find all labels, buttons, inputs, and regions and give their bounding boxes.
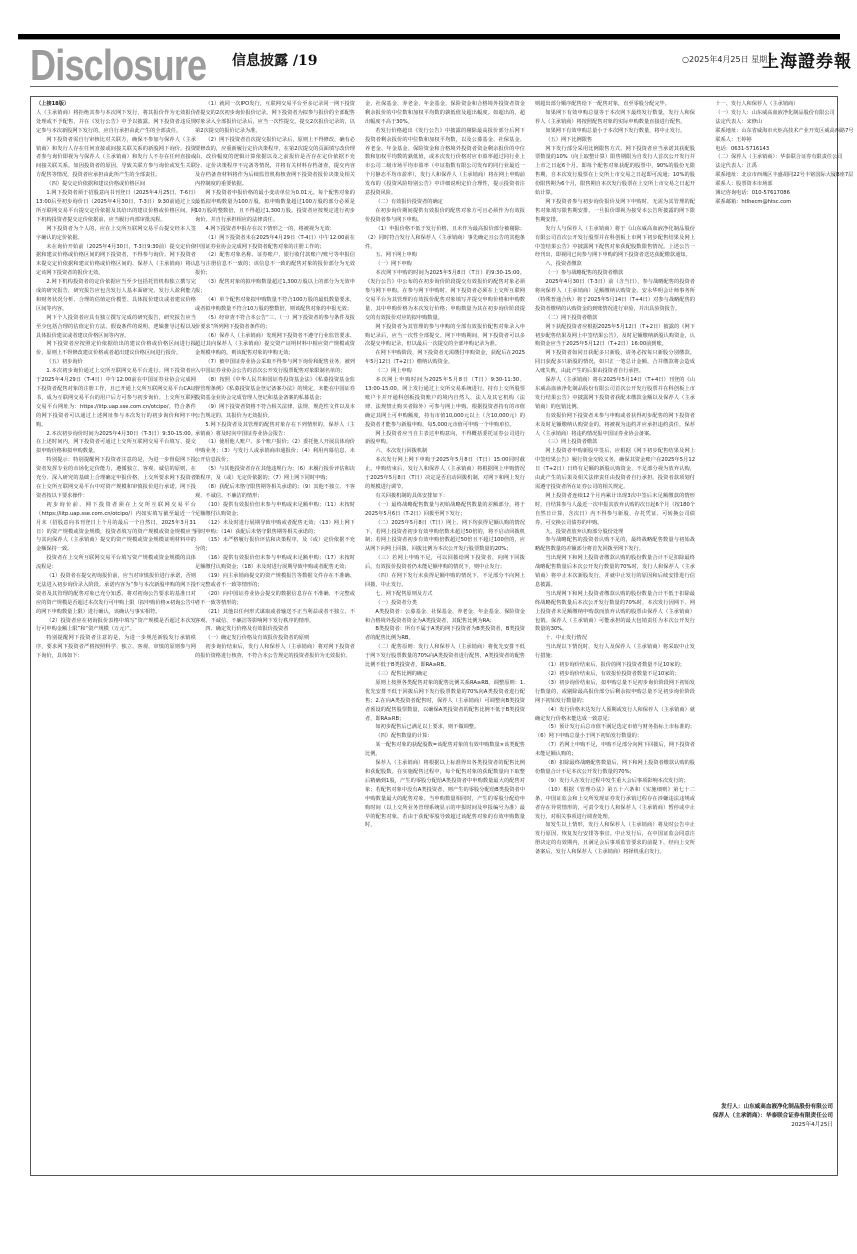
paragraph: 当出现网下和网上投资者缴款认购的股份数量合计不低于扣除最终战略配售数量后本次公开… bbox=[535, 590, 695, 635]
paragraph: （一）最终战略配售数量与初始战略配售数量的差额部分，将于2025年5月6日（T-… bbox=[365, 501, 525, 519]
paragraph: 初步询价结束后，发行人和保荐人（主承销商）将对网下投资者的报价资格进行核查，不符… bbox=[195, 643, 355, 661]
paragraph: （二）有效报价投资者的确定 bbox=[365, 198, 525, 207]
paragraph: （4）发行价格未达发行人预期或发行人和保荐人（主承销商）就确定发行价格未能达成一… bbox=[535, 706, 695, 724]
paragraph: 网下投资者如同日获配多只新股，请务必按每只新股分别缴款。同日获配多只新股的情况，… bbox=[535, 349, 695, 376]
paragraph: （五）初步询价 bbox=[36, 358, 196, 367]
paragraph: 网下投资者应按照定价依据给出的建议价格或价格区间进行报价，原则上不得修改建议价格… bbox=[36, 340, 196, 358]
paragraph: 当出现网下和网上投资者缴款认购的股份数量合计不足扣除最终战略配售数量后本次公开发… bbox=[535, 554, 695, 590]
paragraph: 十一、发行人和保荐人（主承销商） bbox=[705, 100, 857, 109]
paragraph: （四）提交定价依据和建议价格或价格区间 bbox=[36, 180, 196, 189]
paragraph: 1.本次初步询价通过上交所互联网交易平台进行。网下投资者应于2025年4月29日… bbox=[36, 367, 196, 429]
paragraph: （7）若网上申购不足，申购不足部分向网下回拨后，网下投资者未能足额认购的； bbox=[535, 741, 695, 759]
paragraph: 网下投资者需自行审核比对关联方，确保不参加与保荐人（主承销商）和发行人存在任何直… bbox=[36, 136, 196, 181]
paragraph: （1）投资者在提交初询报价前，应当对审慎报价进行承诺，否则无法进入初步询价录入阶… bbox=[36, 572, 196, 617]
paragraph: 保荐人（主承销商）将根据以上标准得出各类投资者的配售比例和获配股数。在实施配售过… bbox=[365, 759, 525, 830]
signature-sponsor: 保荐人（主承销商）：华泰联合证券有限责任公司 bbox=[705, 1112, 833, 1121]
paragraph: （1）就同一次IPO发行，互联网交易平台至多记录同一网下投资者提交的2次初步询价… bbox=[195, 100, 355, 136]
paragraph: （二）2025年5月8日（T日）网上、网下均获得足额认购的情况下，若网上投资者初… bbox=[365, 519, 525, 555]
paragraph: 2.本次初步询价时间为2025年4月30日（T-3日）9:30-15:00。在上… bbox=[36, 430, 196, 457]
paragraph: （一）确定发行价格及有效报价投资者的原则 bbox=[195, 634, 355, 643]
paragraph: 联系人：王婷婷 bbox=[705, 136, 857, 145]
paragraph: （2）配售对象名称、证券账户、银行收付款账户/账号等申报信息与注册信息不一致的；… bbox=[195, 251, 355, 278]
paragraph: 网下投资者参与初步询价报价及网下申购时，无需为其管理的配售对象填写限售期安排，一… bbox=[535, 198, 695, 225]
paragraph: 本次网下申购的时间为2025年5月8日（T日）的9:30-15:00。《发行公告… bbox=[365, 269, 525, 322]
paragraph: 特别提示：特别提醒网下投资者注意的是，为进一步督促网下投资者发挥专业的市场化定价… bbox=[36, 456, 196, 501]
column-2: （1）就同一次IPO发行，互联网交易平台至多记录同一网下投资者提交的2次初步询价… bbox=[195, 100, 355, 1240]
paragraph: 5.网下投资者及其管理的配售对象存在下列情形的，保荐人（主承销商）将及时向中国证… bbox=[195, 421, 355, 439]
paragraph: 十、中止发行情况 bbox=[535, 634, 695, 643]
paragraph: （5）经审查不符合本公告“三、（一）网下投资者的参与条件及报价要求”所列网下投资… bbox=[195, 314, 355, 332]
paragraph: 四、确定发行价格及有效报价投资者 bbox=[195, 625, 355, 634]
paragraph: 如果网下有效申购总量等于本次网下最终发行数量，发行人和保荐人（主承销商）将按照配… bbox=[535, 109, 695, 127]
top-rule-thin bbox=[18, 39, 840, 40]
paragraph: （3）初步询价结束后，拟申购总量不足初步询价阶段网下初始发行数量的，或剔除最高报… bbox=[535, 679, 695, 706]
paragraph: （7）被中国证券业协会采取不得参与网下询价和配售业务、被列入中国证券业协会公告的… bbox=[195, 358, 355, 376]
paragraph: （一）投资者分类 bbox=[365, 599, 525, 608]
paragraph: （8）获配后未恪守限售期等相关承诺的；（9）其他不独立、不客观、不诚信、不廉洁的… bbox=[195, 483, 355, 501]
paragraph: 网下发行部分采用比例限售方式，网下投资者应当承诺其获配股票数量的10%（向上取整… bbox=[535, 145, 695, 198]
paragraph: 联系邮箱：htlhecm@htsc.com bbox=[705, 198, 857, 207]
paragraph: （8）按照《中华人民共和国证券投资基金法》《私募投资基金监督管理条例》《私募投资… bbox=[195, 376, 355, 403]
paragraph: （20）向中国证券业协会提交的数据信息存在不准确、不完整或者不一致等情形的； bbox=[195, 590, 355, 608]
paragraph: （四）配售数量的计算： bbox=[365, 732, 525, 741]
paragraph: 联系人：股票资本市场部 bbox=[705, 180, 857, 189]
paragraph: 簿记咨询电话：010-57617086 bbox=[705, 189, 857, 198]
paragraph: 当出现以下情况时，发行人及保荐人（主承销商）将采取中止发行措施： bbox=[535, 643, 695, 661]
paragraph: 如初步配售后已满足以上要求，则不做调整。 bbox=[365, 723, 525, 732]
paragraph: 初步询价前，网下投资者须在上交所互联网交易平台（https://iitp.uap… bbox=[36, 501, 196, 554]
paragraph: 4.网下投资者申报存在以下情形之一的，将被视为无效： bbox=[195, 225, 355, 234]
column-3: 金、社保基金、养老金、年金基金、保险资金和合格境外投资者资金剩余报价的中位数和加… bbox=[365, 100, 525, 1240]
paragraph: 网下投资者申报价格的最小变动单位为0.01元。每个配售对象的最低拟申购数量为10… bbox=[195, 189, 355, 225]
paragraph: （2）投资者应在初询报价表格中填写“资产规模是否超过本次发行可申购金额上限”和“… bbox=[36, 617, 196, 635]
paragraph: （10）提供有效报价但未参与申购或未足额申购；（11）未按时足额缴付认购资金； bbox=[195, 501, 355, 519]
paragraph: （四）在网下发行未获得足额申购的情况下，不足部分不向网上回拨，中止发行。 bbox=[365, 572, 525, 590]
paragraph: （一）发行人：山东威高血液净化制品股份有限公司 bbox=[705, 109, 857, 118]
paragraph: （二）网下投资者缴款 bbox=[535, 314, 695, 323]
paragraph: （三）若网上申购不足，可以回拨给网下投资者，向网下回拨后，有效报价投资者仍未能足… bbox=[365, 554, 525, 572]
paragraph: 未在询价开始前（2025年4月30日，T-3日9:30前）提交定价依据和建议价格… bbox=[36, 243, 196, 279]
paragraph: 在初步询价期间提供有效报价的配售对象方可且必须作为有效报价投资者参与网下申购。 bbox=[365, 207, 525, 225]
paragraph: （三）网上投资者缴款 bbox=[535, 438, 695, 447]
paragraph: 特别提醒网下投资者注意的是，为进一步规范新股发行承销秩序，要求网下投资者严格按照… bbox=[36, 634, 196, 661]
paragraph: 原则上按照各类配售对象的配售比例关系RA≥RB。调整原则：1.优先安排不低于回拨… bbox=[365, 679, 525, 724]
paragraph: （三）配售比例的确定 bbox=[365, 670, 525, 679]
paragraph: 金、社保基金、养老金、年金基金、保险资金和合格境外投资者资金剩余报价的中位数和加… bbox=[365, 100, 525, 127]
paragraph: （2）初步询价结束后，有效报价投资者数量不足10家的； bbox=[535, 670, 695, 679]
paragraph: （5）与其他投资者存在其他违规行为；（6）未履行报价评估和决策程序，及（或）无定… bbox=[195, 465, 355, 483]
paragraph: 投资者在上交所互联网交易平台填写资产规模或资金规模的具体流程是： bbox=[36, 554, 196, 572]
paragraph: （8）扣除最终战略配售数量后，网下和网上投资者缴款认购的股份数量合计不足本次公开… bbox=[535, 759, 695, 777]
paragraph: 五、网下网上申购 bbox=[365, 251, 525, 260]
paragraph: 有效报价网下投资者未参与申购或者获得初步配售的网下投资者未及时足额缴纳认购资金的… bbox=[535, 412, 695, 439]
paragraph: （21）其他以任何形式谋取或者输送不正当利益或者不独立、不客观、不诚信、不廉洁等… bbox=[195, 608, 355, 626]
paragraph: （一）参与战略配售的投资者缴款 bbox=[535, 269, 695, 278]
paragraph: （上接18版） bbox=[36, 100, 196, 109]
paragraph: （4）单个配售对象拟申购数量不符合100万股的最低数量要求，或者拟申购数量不符合… bbox=[195, 296, 355, 314]
signature-block: 发行人：山东威高血液净化制品股份有限公司 保荐人（主承销商）：华泰联合证券有限责… bbox=[705, 1103, 833, 1130]
paragraph: 在网下申购阶段，网下投资者无需缴付申购资金，获配后在2025年5月12日（T+2… bbox=[365, 349, 525, 367]
header-rule bbox=[30, 86, 838, 87]
section-title: 信息披露 /19 bbox=[232, 50, 317, 70]
signature-issuer: 发行人：山东威高血液净化制品股份有限公司 bbox=[705, 1103, 833, 1112]
paragraph: （1）申报价格不低于发行价格，且未作为最高报价部分被剔除；（2）同时符合发行人和… bbox=[365, 225, 525, 252]
paragraph: 参与战略配售的投资者认购不足的，最终战略配售数量与初始战略配售数量的差额部分将首… bbox=[535, 536, 695, 554]
paragraph: 九、投资者放弃认购部分股份处理 bbox=[535, 528, 695, 537]
paragraph: （1）使用他人账户、多个账户报价；（2）委托他人开展具体询价申购业务；（3）与发… bbox=[195, 438, 355, 465]
paragraph: 网下投资者为其管理的参与申购的全部有效报价配售对象录入申购记录后，应当一次性全部… bbox=[365, 323, 525, 350]
paragraph: 某一配售对象的获配股数=该配售对象的有效申购数量×该类配售比例。 bbox=[365, 741, 525, 759]
paragraph: 如发生以上情形，发行人和保荐人（主承销商）将及时公告中止发行原因、恢复发行安排等… bbox=[535, 821, 695, 857]
paragraph: 八、投资者缴款 bbox=[535, 260, 695, 269]
paragraph: （五）网下比例限售 bbox=[535, 136, 695, 145]
paragraph: 网下获配投资者应根据2025年5月12日（T+2日）披露的《网下初步配售结果及网… bbox=[535, 323, 695, 350]
paragraph: （一）网下申购 bbox=[365, 260, 525, 269]
paragraph: 电话：0631-5716143 bbox=[705, 145, 857, 154]
paragraph: 网下投资者为个人的，应在上交所互联网交易平台提交经本人签字确认的定价依据。 bbox=[36, 225, 196, 243]
paragraph: （10）根据《管理办法》第五十六条和《实施细则》第七十二条，中国证监会和上交所发… bbox=[535, 786, 695, 822]
paragraph: 法定代表人：江禹 bbox=[705, 162, 857, 171]
newspaper-brand: 上海證券報 bbox=[762, 47, 852, 72]
paragraph: 网下个人投资者应具有独立撰写完成的研究报告，研究报告应当至少包括合理的估值定价方… bbox=[36, 314, 196, 341]
paragraph: 网上投资者应当自主表达申购意向，不得概括委托证券公司进行新股申购。 bbox=[365, 430, 525, 448]
paragraph: 网上投资者连续12个月内累计出现3次中签后未足额缴款的情形时，自结算参与人最近一… bbox=[535, 492, 695, 528]
paragraph: 如果网下有效申购总量小于本次网下发行数量，将中止发行。 bbox=[535, 127, 695, 136]
paragraph: 本次发行网上网下申购于2025年5月8日（T日）15:00同时截止。申购结束后，… bbox=[365, 456, 525, 492]
paragraph: （二）配售原则：发行人和保荐人（主承销商）将优先安排不低于网下发行股票数量的70… bbox=[365, 643, 525, 670]
paragraph: （9）网下投资者资格不符合相关法律、法规、规范性文件以及本公告规定的，其报价为无… bbox=[195, 403, 355, 421]
paragraph: A类投资者：公募基金、社保基金、养老金、年金基金、保险资金和合格境外投资者资金为… bbox=[365, 608, 525, 626]
paragraph: 若发行价格超出《发行公告》中披露的剔除最高报价部分后网下投资者剩余报价的中位数和… bbox=[365, 127, 525, 198]
paragraph: （1）网下投资者未在2025年4月29日（T-4日）中午12:00前在中国证券业… bbox=[195, 234, 355, 252]
paragraph: 六、本次发行回拨机制 bbox=[365, 447, 525, 456]
paragraph: （5）预计发行后总市值不满足选定市值与财务指标上市标准的；（6）网下申购总量小于… bbox=[535, 723, 695, 741]
paragraph: （二）保荐人（主承销商）：华泰联合证券有限责任公司 bbox=[705, 153, 857, 162]
paragraph: 则超出部分顺序配售给下一配售对象，直至零股分配完毕。 bbox=[535, 100, 695, 109]
paragraph: （6）保荐人（主承销商）发现网下投资者不遵守行业监管要求、超过其向保荐人（主承销… bbox=[195, 332, 355, 359]
signature-date: 2025年4月25日 bbox=[705, 1121, 833, 1130]
paragraph: 保荐人（主承销商）将在2025年5月14日（T+4日）刊登的《山东威高血液净化制… bbox=[535, 376, 695, 412]
paragraph: （1）初步询价结束后，报价的网下投资者数量不足10家的； bbox=[535, 661, 695, 670]
paragraph: 发行人与保荐人（主承销商）将于《山东威高血液净化制品股份有限公司首次公开发行股票… bbox=[535, 225, 695, 261]
paragraph: B类投资者：所有不属于A类的网下投资者为B类投资者，B类投资者的配售比例为RB。 bbox=[365, 625, 525, 643]
paragraph: 本次网上申购时间为2025年5月8日（T日）9:30-11:30、13:00-1… bbox=[365, 376, 525, 429]
paragraph: （16）提供有效报价但未参与申购或未足额申购；（17）未按时足额缴付认购资金；（… bbox=[195, 554, 355, 572]
column-5: 十一、发行人和保荐人（主承销商）（一）发行人：山东威高血液净化制品股份有限公司法… bbox=[705, 100, 857, 1240]
paragraph: （15）未严格履行报价评估和决策程序，及（或）定价依据不充分的； bbox=[195, 536, 355, 554]
paragraph: 法定代表人：宋修山 bbox=[705, 118, 857, 127]
column-4: 则超出部分顺序配售给下一配售对象，直至零股分配完毕。如果网下有效申购总量等于本次… bbox=[535, 100, 695, 1240]
paragraph: （19）向主承销商提交的资产规模报告等数据文件存在不准确、不完整或者不一致等情形… bbox=[195, 572, 355, 590]
paragraph: （9）发行人在发行过程中发生重大会后事项影响本次发行的； bbox=[535, 777, 695, 786]
paragraph: 联系地址：山东省威海市火炬高技术产业开发区威高西路7号 bbox=[705, 127, 857, 136]
paragraph: （2）网下投资者首次提交报价记录后，原则上不得修改，确有必要修改的，应重新履行定… bbox=[195, 136, 355, 189]
paragraph: 2.网下机构投资者的定价依据应当至少包括托管机构独立撰写完成的研究报告，研究报告… bbox=[36, 278, 196, 314]
column-1: （上接18版）人（主承销商）将拒绝其参与本次网下发行，将其报价作为无效报价处理或… bbox=[36, 100, 196, 1240]
paragraph: （3）配售对象的拟申购数量超过1,300万股以上的部分为无效申报； bbox=[195, 278, 355, 296]
paragraph: （12）未及时进行展期导致申购或者配售无效；（13）网上网下同时申购；（14）获… bbox=[195, 519, 355, 537]
paragraph: 联系地址：北京市西城区丰盛胡同22号丰铭国际大厦B座7层 bbox=[705, 171, 857, 180]
masthead-logo: Disclosure bbox=[30, 44, 206, 88]
paragraph: 2025年4月30日（T-3日）前（含当日），参与战略配售的投资者将向保荐人（主… bbox=[535, 278, 695, 314]
paragraph: 七、网下配售原则及方式 bbox=[365, 590, 525, 599]
paragraph: 网上投资者申购新股中签后，应根据《网下初步配售结果及网上中签结果公告》履行资金交… bbox=[535, 447, 695, 492]
paragraph: 有关回拨机制的具体安排如下： bbox=[365, 492, 525, 501]
paragraph: （二）网上申购 bbox=[365, 367, 525, 376]
paragraph: 1.网下投资者须于招股意向书刊登日（2025年4月25日，T-6日）13:00后… bbox=[36, 189, 196, 225]
paragraph: 人（主承销商）将拒绝其参与本次网下发行，将其报价作为无效报价处理或不予配售，并在… bbox=[36, 109, 196, 136]
